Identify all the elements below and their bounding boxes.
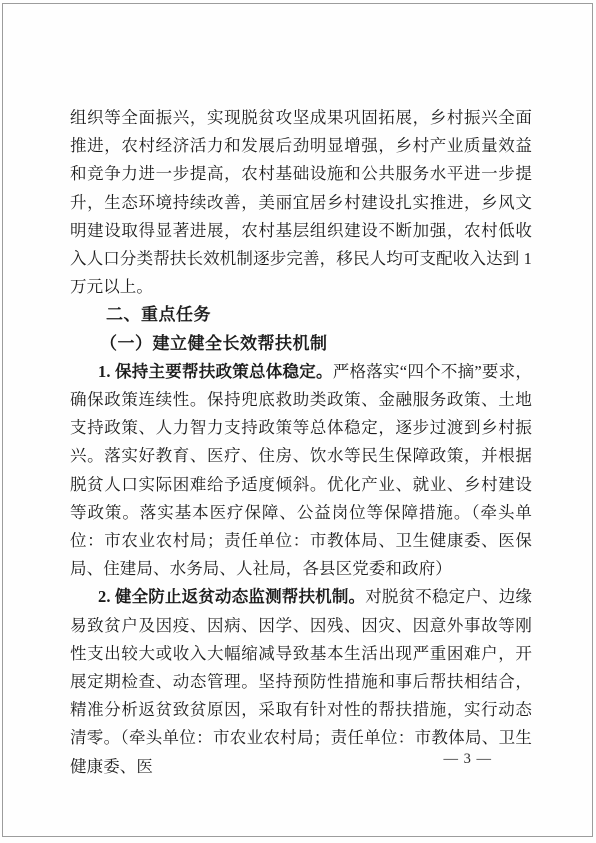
item-1-lead-title: 1. 保持主要帮扶政策总体稳定。 (98, 362, 333, 381)
document-page: 组织等全面振兴，实现脱贫攻坚成果巩固拓展，乡村振兴全面推进，农村经济活力和发展后… (0, 0, 596, 843)
subsection-heading-long-term-assistance-mechanism: （一）建立健全长效帮扶机制 (70, 330, 532, 358)
paragraph-goals-continuation: 组织等全面振兴，实现脱贫攻坚成果巩固拓展，乡村振兴全面推进，农村经济活力和发展后… (70, 104, 532, 301)
item-1-body-text: 严格落实“四个不摘”要求，确保政策连续性。保持兜底救助类政策、金融服务政策、土地… (70, 362, 532, 578)
section-heading-key-tasks: 二、重点任务 (70, 301, 532, 329)
document-content: 组织等全面振兴，实现脱贫攻坚成果巩固拓展，乡村振兴全面推进，农村经济活力和发展后… (70, 104, 532, 781)
item-2-body-text: 对脱贫不稳定户、边缘易致贫户及因疫、因病、因学、因残、因灾、因意外事故等刚性支出… (70, 587, 532, 775)
item-2-lead-title: 2. 健全防止返贫动态监测帮扶机制。 (98, 587, 365, 606)
paragraph-item-1: 1. 保持主要帮扶政策总体稳定。严格落实“四个不摘”要求，确保政策连续性。保持兜… (70, 358, 532, 584)
page-number: — 3 — (444, 751, 493, 768)
